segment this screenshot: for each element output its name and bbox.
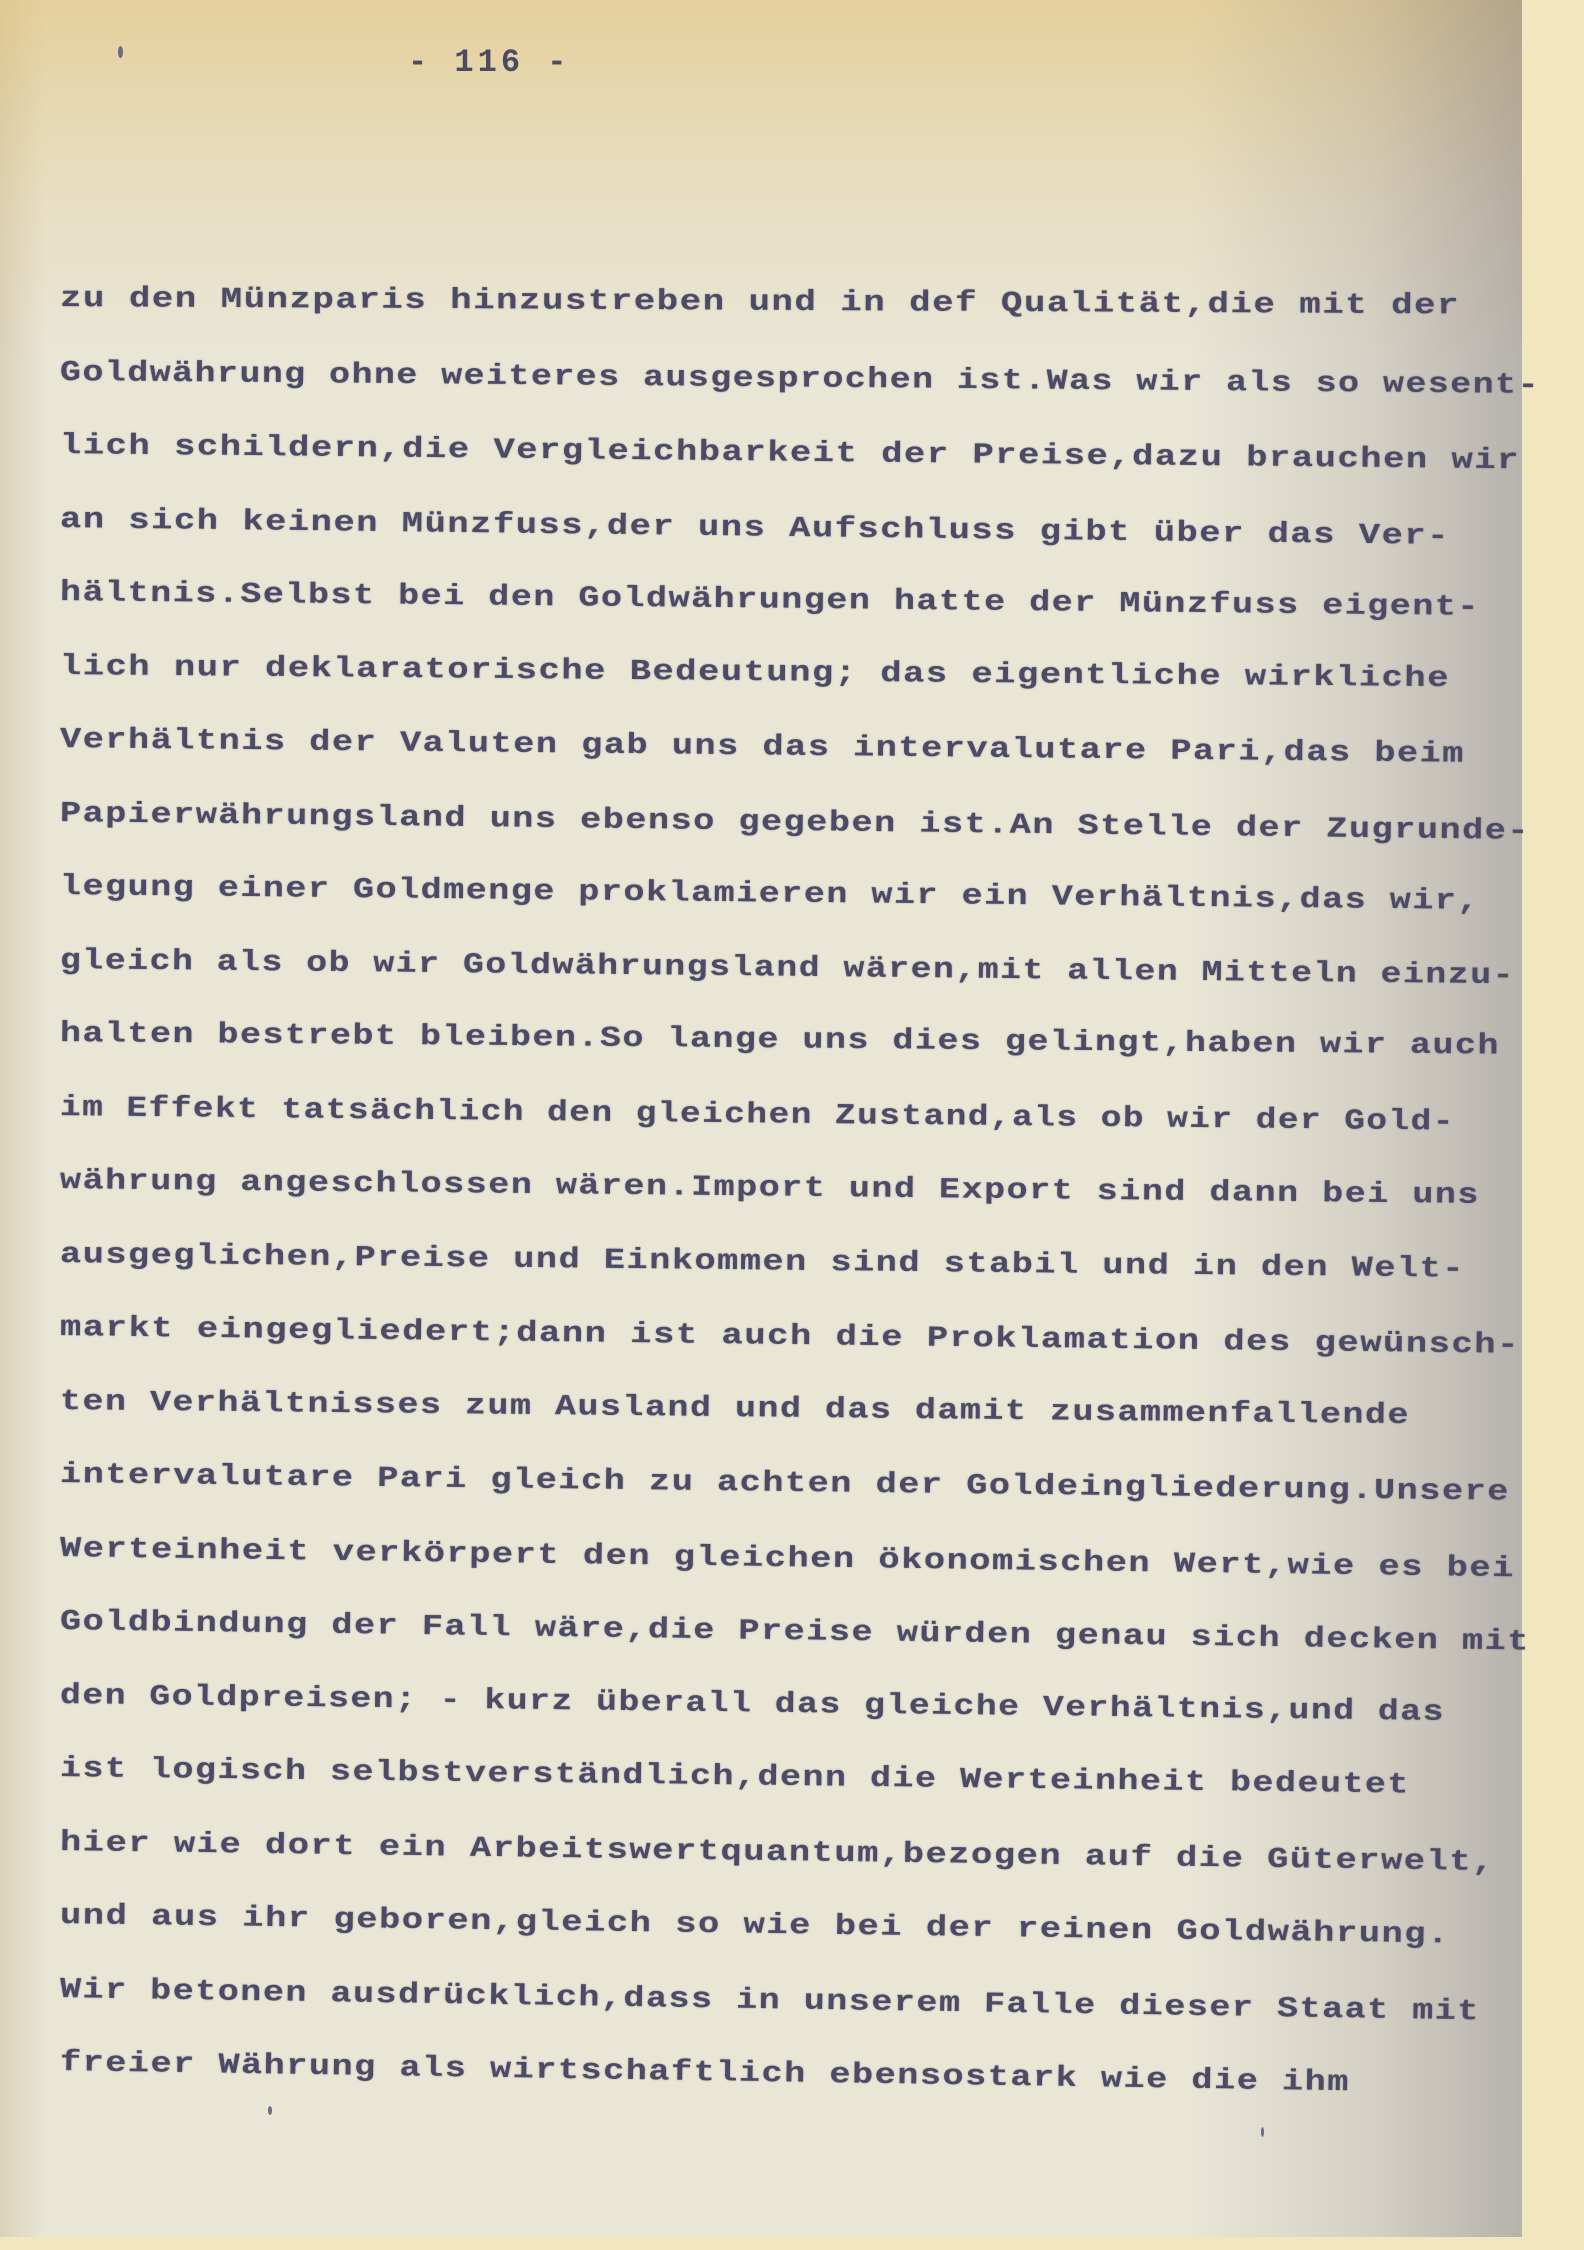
typewritten-page: - 116 - zu den Münzparis hinzustreben un…	[0, 0, 1522, 2237]
text-line: zu den Münzparis hinzustreben und in def…	[60, 262, 1584, 345]
page-number: - 116 -	[0, 44, 1522, 81]
ink-speck	[118, 46, 123, 58]
ink-speck	[268, 2106, 272, 2115]
ink-speck	[1261, 2127, 1264, 2137]
body-text: zu den Münzparis hinzustreben und in def…	[60, 262, 1520, 2100]
